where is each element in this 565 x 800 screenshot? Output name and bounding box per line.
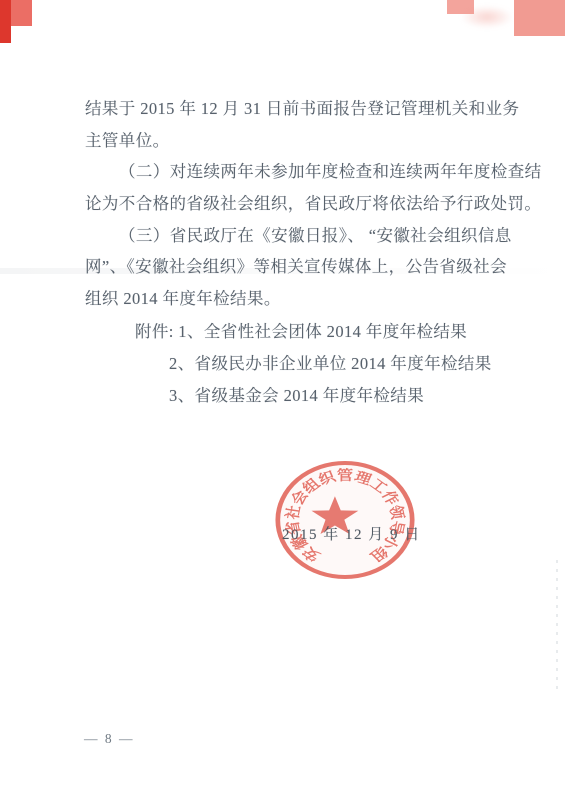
body-line: 组织 2014 年度年检结果。 <box>85 289 281 308</box>
seal-text-char: 会 <box>287 488 312 508</box>
seal-text-char: 领 <box>385 503 407 521</box>
body-line: （三）省民政厅在《安徽日报》、 “安徽社会组织信息 <box>119 226 512 245</box>
attachment-line: 附件: 1、全省性社会团体 2014 年度年检结果 <box>135 322 467 341</box>
scan-artifact-top-left-block <box>11 0 32 26</box>
attachment-line: 2、省级民办非企业单位 2014 年度年检结果 <box>169 354 492 373</box>
seal-text-char: 工 <box>366 477 390 497</box>
seal-text-char: 社 <box>282 504 304 521</box>
seal-text-char: 作 <box>378 488 403 508</box>
seal-text-char: 组 <box>366 543 391 564</box>
seal-text-arc: 安徽省社会组织管理工作领导小组 <box>282 467 408 565</box>
seal-text-char: 管 <box>337 467 353 483</box>
seal-text-char: 组 <box>299 475 324 496</box>
attachment-line: 3、省级基金会 2014 年度年检结果 <box>169 386 424 405</box>
seal-text-char: 织 <box>316 468 339 488</box>
body-line: 结果于 2015 年 12 月 31 日前书面报告登记管理机关和业务 <box>85 99 519 118</box>
scan-artifact-pink-smudge <box>452 2 522 32</box>
body-line: （二）对连续两年未参加年度检查和连续两年年度检查结 <box>119 162 542 181</box>
issue-date: 2015 年 12 月 9 日 <box>282 523 421 544</box>
page-number: — 8 — <box>84 731 135 747</box>
body-line: 主管单位。 <box>85 131 170 150</box>
seal-text-char: 安 <box>299 543 324 564</box>
scan-artifact-top-left-bar <box>0 0 11 43</box>
seal-text-char: 理 <box>352 469 374 489</box>
seal-ring <box>278 463 412 577</box>
scan-edge-streak <box>556 560 558 690</box>
document-page: 结果于 2015 年 12 月 31 日前书面报告登记管理机关和业务 主管单位。… <box>0 0 565 800</box>
body-line: 论为不合格的省级社会组织，省民政厅将依法给予行政处罚。 <box>85 194 541 213</box>
body-line: 网”、《安徽社会组织》等相关宣传媒体上，公告省级社会 <box>85 257 507 276</box>
